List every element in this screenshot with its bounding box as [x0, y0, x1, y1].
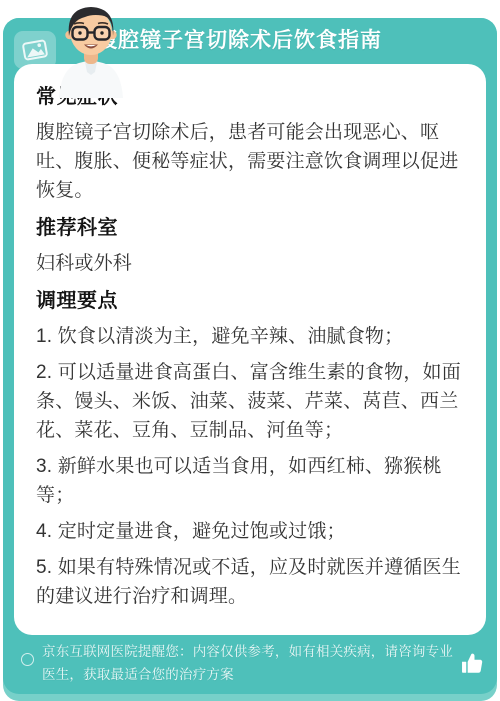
section-heading-tips: 调理要点 [36, 288, 464, 314]
tip-item-3: 3. 新鲜水果也可以适当食用，如西红柿、猕猴桃等； [36, 452, 464, 510]
tip-item-5: 5. 如果有特殊情况或不适，应及时就医并遵循医生的建议进行治疗和调理。 [36, 553, 464, 611]
page-title: 腹腔镜子宫切除术后饮食指南 [96, 18, 382, 64]
tip-item-4: 4. 定时定量进食，避免过饱或过饿； [36, 517, 464, 546]
teal-panel: 腹腔镜子宫切除术后饮食指南 常见症状 腹腔镜子宫切除术后，患者可能会出现恶心、呕… [3, 18, 497, 694]
header: 腹腔镜子宫切除术后饮食指南 [3, 18, 497, 64]
symptoms-paragraph: 腹腔镜子宫切除术后，患者可能会出现恶心、呕吐、腹胀、便秘等症状，需要注意饮食调理… [36, 118, 464, 205]
info-circle-icon [21, 653, 34, 666]
department-paragraph: 妇科或外科 [36, 249, 464, 278]
tip-item-2: 2. 可以适量进食高蛋白、富含维生素的食物，如面条、馒头、米饭、油菜、菠菜、芹菜… [36, 358, 464, 445]
section-heading-department: 推荐科室 [36, 215, 464, 241]
content-card: 常见症状 腹腔镜子宫切除术后，患者可能会出现恶心、呕吐、腹胀、便秘等症状，需要注… [14, 64, 486, 635]
disclaimer-text: 京东互联网医院提醒您：内容仅供参考，如有相关疾病，请咨询专业医生，获取最适合您的… [42, 640, 453, 686]
doctor-avatar [45, 2, 137, 98]
tip-item-1: 1. 饮食以清淡为主，避免辛辣、油腻食物； [36, 322, 464, 351]
thumbs-up-icon[interactable] [459, 650, 485, 676]
footer: 京东互联网医院提醒您：内容仅供参考，如有相关疾病，请咨询专业医生，获取最适合您的… [3, 635, 497, 694]
